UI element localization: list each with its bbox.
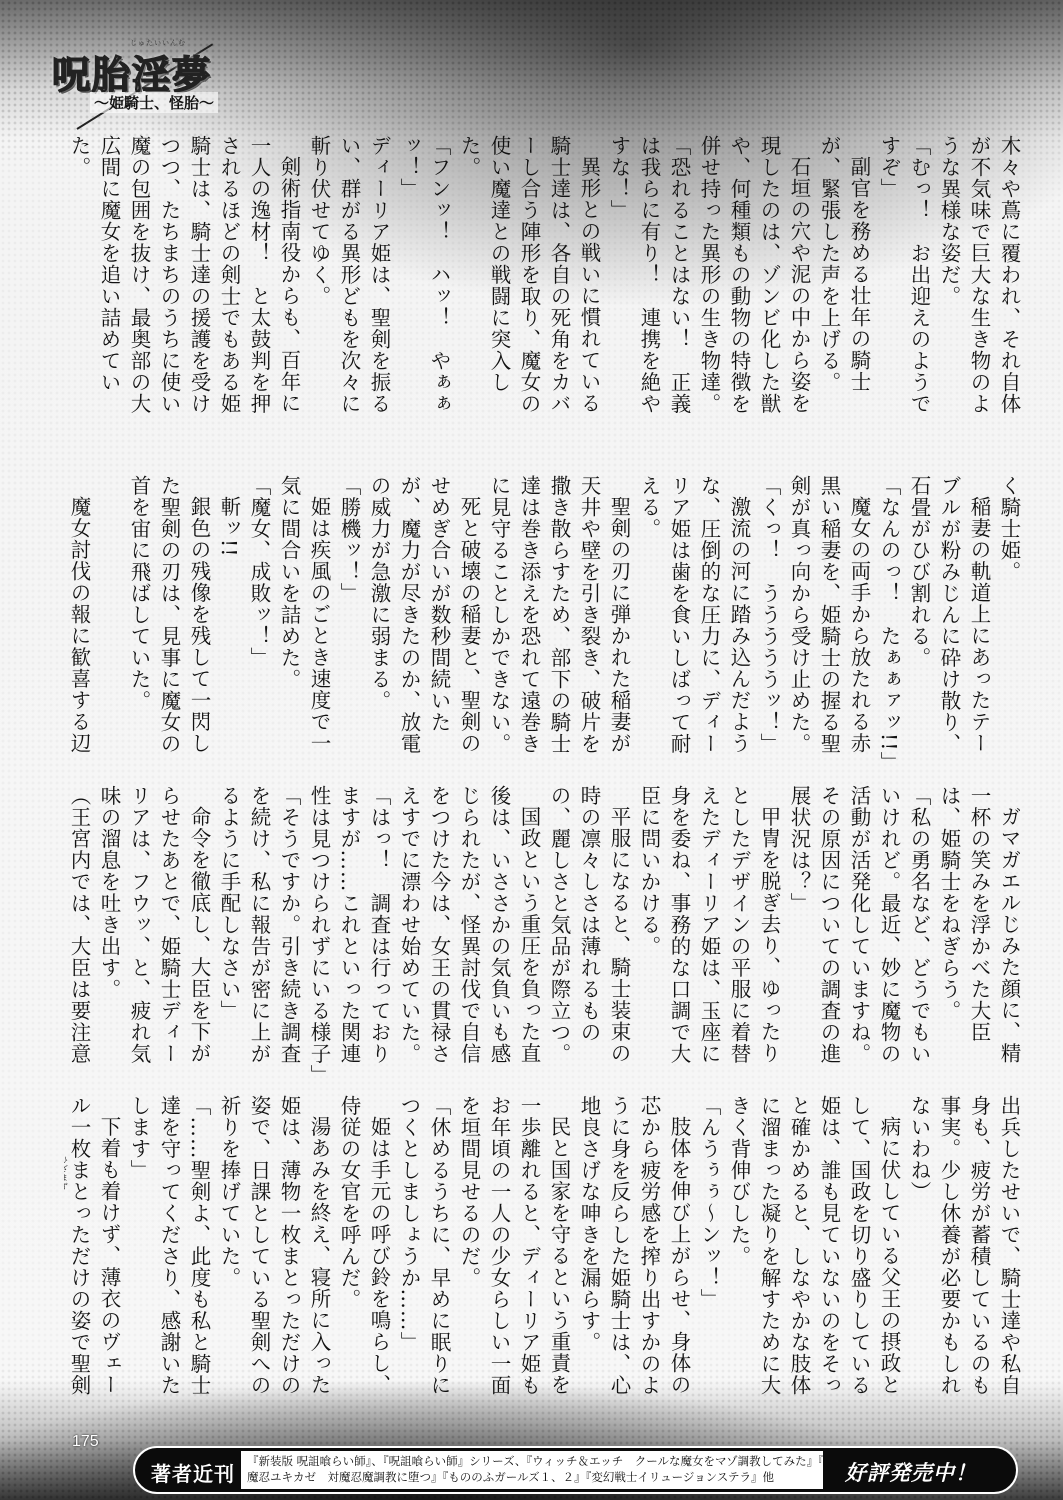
- paragraph: 異形との戦いに慣れている騎士達は、各自の死角をカバーし合う陣形を取り、魔女の使い…: [454, 135, 604, 427]
- paragraph: 「そうですか。引き続き調査を続け、私に報告が密に上がるように手配しなさい」: [214, 785, 304, 1077]
- paragraph: 「休めるうちに、早めに眠りにつくとしましょうか……」: [394, 1095, 454, 1415]
- banner-label: 著者近刊: [151, 1458, 235, 1487]
- paragraph: 魔女の両手から放たれる赤黒い稲妻を、姫騎士の握る聖剣が真っ向から受け止めた。: [784, 475, 874, 767]
- paragraph: 「……聖剣よ、此度も私と騎士達を守ってくださり、感謝いたします」: [124, 1095, 214, 1415]
- paragraph: 「フンッ！ ハッ！ やぁぁッ！」: [394, 135, 454, 427]
- book-list-line-1: 『新装版 呪詛喰らい師』、『呪詛喰らい師』シリーズ、『ウィッチ＆エッチ クールな…: [247, 1453, 817, 1469]
- logo-title: 呪胎淫夢: [52, 44, 212, 99]
- paragraph: [94, 475, 124, 767]
- paragraph: 平服になると、騎士装束の時の凛々しさは薄れるものの、麗しさと気品が際立つ。: [544, 785, 634, 1077]
- paragraph: 聖剣の刃に弾かれた稲妻が天井や壁を引き裂き、破片を撒き散らすため、部下の騎士達は…: [484, 475, 634, 767]
- text-tier-1: 木々や蔦に覆われ、それ自体が不気味で巨大な生き物のような異様な姿だ。「むっ！ お…: [64, 135, 1024, 427]
- paragraph: 「はっ！ 調査は行っておりますが……これといった関連性は見つけられずにいる様子」: [304, 785, 394, 1077]
- book-list: 『新装版 呪詛喰らい師』、『呪詛喰らい師』シリーズ、『ウィッチ＆エッチ クールな…: [241, 1451, 823, 1489]
- paragraph: ガマガエルじみた顔に、精一杯の笑みを浮かべた大臣は、姫騎士をねぎらう。: [934, 785, 1024, 1077]
- paragraph: 湯あみを終え、寝所に入った姫は、薄物一枚まとっただけの姿で、日課としている聖剣へ…: [214, 1095, 334, 1415]
- paragraph: 出兵したせいで、騎士達や私自身も、疲労が蓄積しているのも事実。少し休養が必要かも…: [904, 1095, 1024, 1415]
- paragraph: 銀色の残像を残して一閃した聖剣の刃は、見事に魔女の首を宙に飛ばしていた。: [124, 475, 214, 767]
- paragraph: 「なんのっ！ たぁぁァッ!!」: [874, 475, 904, 767]
- paragraph: 木々や蔦に覆われ、それ自体が不気味で巨大な生き物のような異様な姿だ。: [934, 135, 1024, 427]
- paragraph: 副官を務める壮年の騎士が、緊張した声を上げる。: [814, 135, 874, 427]
- paragraph: 石垣の穴や泥の中から姿を現したのは、ゾンビ化した獣や、何種類もの動物の特徴を併せ…: [694, 135, 814, 427]
- paragraph: く騎士姫。: [994, 475, 1024, 767]
- paragraph: 斬ッ!!: [214, 475, 244, 767]
- page-number: 175: [72, 1433, 99, 1451]
- paragraph: 死と破壊の稲妻と、聖剣のせめぎ合いが数秒間続いたが、魔力が尽きたのか、放電の威力…: [364, 475, 484, 767]
- paragraph: ディーリア姫は、聖剣を振るい、群がる異形どもを次々に斬り伏せてゆく。: [304, 135, 394, 427]
- paragraph: 姫は疾風のごとき速度で一気に間合いを詰めた。: [274, 475, 334, 767]
- paragraph: 肢体を伸び上がらせ、身体の芯から疲労感を搾り出すかのように身を反らした姫騎士は、…: [574, 1095, 694, 1415]
- paragraph: 「くっ！ うううううッ！」: [754, 475, 784, 767]
- paragraph: 魔女討伐の報に歓喜する辺境住民達から歓呼の声で見送られた姫騎士一行は、意気揚々と…: [64, 475, 94, 767]
- paragraph: 姫は手元の呼び鈴を鳴らし、侍従の女官を呼んだ。: [334, 1095, 394, 1415]
- paragraph: 「勝機ッ！」: [334, 475, 364, 767]
- paragraph: 民と国家を守るという重責を一歩離れると、ディーリア姫もお年頃の一人の少女らしい一…: [454, 1095, 574, 1415]
- paragraph: 剣術指南役からも、百年に一人の逸材！ と太鼓判を押されるほどの剣士でもある姫騎士…: [64, 135, 304, 427]
- paragraph: 甲冑を脱ぎ去り、ゆったりとしたデザインの平服に着替えたディーリア姫は、玉座に身を…: [634, 785, 784, 1077]
- author-new-releases-banner: 著者近刊 『新装版 呪詛喰らい師』、『呪詛喰らい師』シリーズ、『ウィッチ＆エッチ…: [133, 1446, 1018, 1494]
- paragraph: 国政という重圧を負った直後は、いささかの気負いも感じられたが、怪異討伐で自信をつ…: [394, 785, 544, 1077]
- book-list-line-2: 魔忍ユキカゼ 対魔忍魔調教に堕つ』『もののふガールズ１、２』『変幻戦士イリュージ…: [247, 1469, 817, 1485]
- series-logo: じゅたいいんむ 呪胎淫夢 〜姫騎士、怪胎〜: [52, 38, 272, 118]
- paragraph: 「魔女、成敗ッ！」: [244, 475, 274, 767]
- paragraph: 命令を徹底し、大臣を下がらせたあとで、姫騎士ディーリアは、フウッ、と、疲れ気味の…: [94, 785, 214, 1077]
- paragraph: 病に伏している父王の摂政として、国政を切り盛りしている姫は、誰も見ていないのをそ…: [724, 1095, 904, 1415]
- paragraph: 「むっ！ お出迎えのようですぞ」: [874, 135, 934, 427]
- paragraph: （王宮内では、大臣は要注意の奸物という評価だけど、魔物の被害が拡大する前に、いち…: [64, 785, 94, 1077]
- paragraph: 稲妻の軌道上にあったテーブルが粉みじんに砕け散り、石畳がひび割れる。: [904, 475, 994, 767]
- text-tier-4: 出兵したせいで、騎士達や私自身も、疲労が蓄積しているのも事実。少し休養が必要かも…: [64, 1095, 1024, 1415]
- paragraph: 下着も着けず、薄衣のヴェール一枚まとっただけの姿で聖剣の前に跪ひざまずいた女姫騎…: [64, 1095, 124, 1415]
- text-tier-3: ガマガエルじみた顔に、精一杯の笑みを浮かべた大臣は、姫騎士をねぎらう。「私の勇名…: [64, 785, 1024, 1077]
- text-tier-2: く騎士姫。稲妻の軌道上にあったテーブルが粉みじんに砕け散り、石畳がひび割れる。「…: [64, 475, 1024, 767]
- logo-subtitle: 〜姫騎士、怪胎〜: [90, 92, 218, 113]
- paragraph: 「私の勇名など、どうでもいいけれど。最近、妙に魔物の活動が活発化していますね。そ…: [784, 785, 934, 1077]
- paragraph: 「んうぅぅ〜ンッ！」: [694, 1095, 724, 1415]
- on-sale-promo: 好評発売中！: [845, 1457, 977, 1487]
- paragraph: 激流の河に踏み込んだような、圧倒的な圧力に、ディーリア姫は歯を食いしばって耐える…: [634, 475, 754, 767]
- paragraph: 「恐れることはない！ 正義は我らに有り！ 連携を絶やすな！」: [604, 135, 694, 427]
